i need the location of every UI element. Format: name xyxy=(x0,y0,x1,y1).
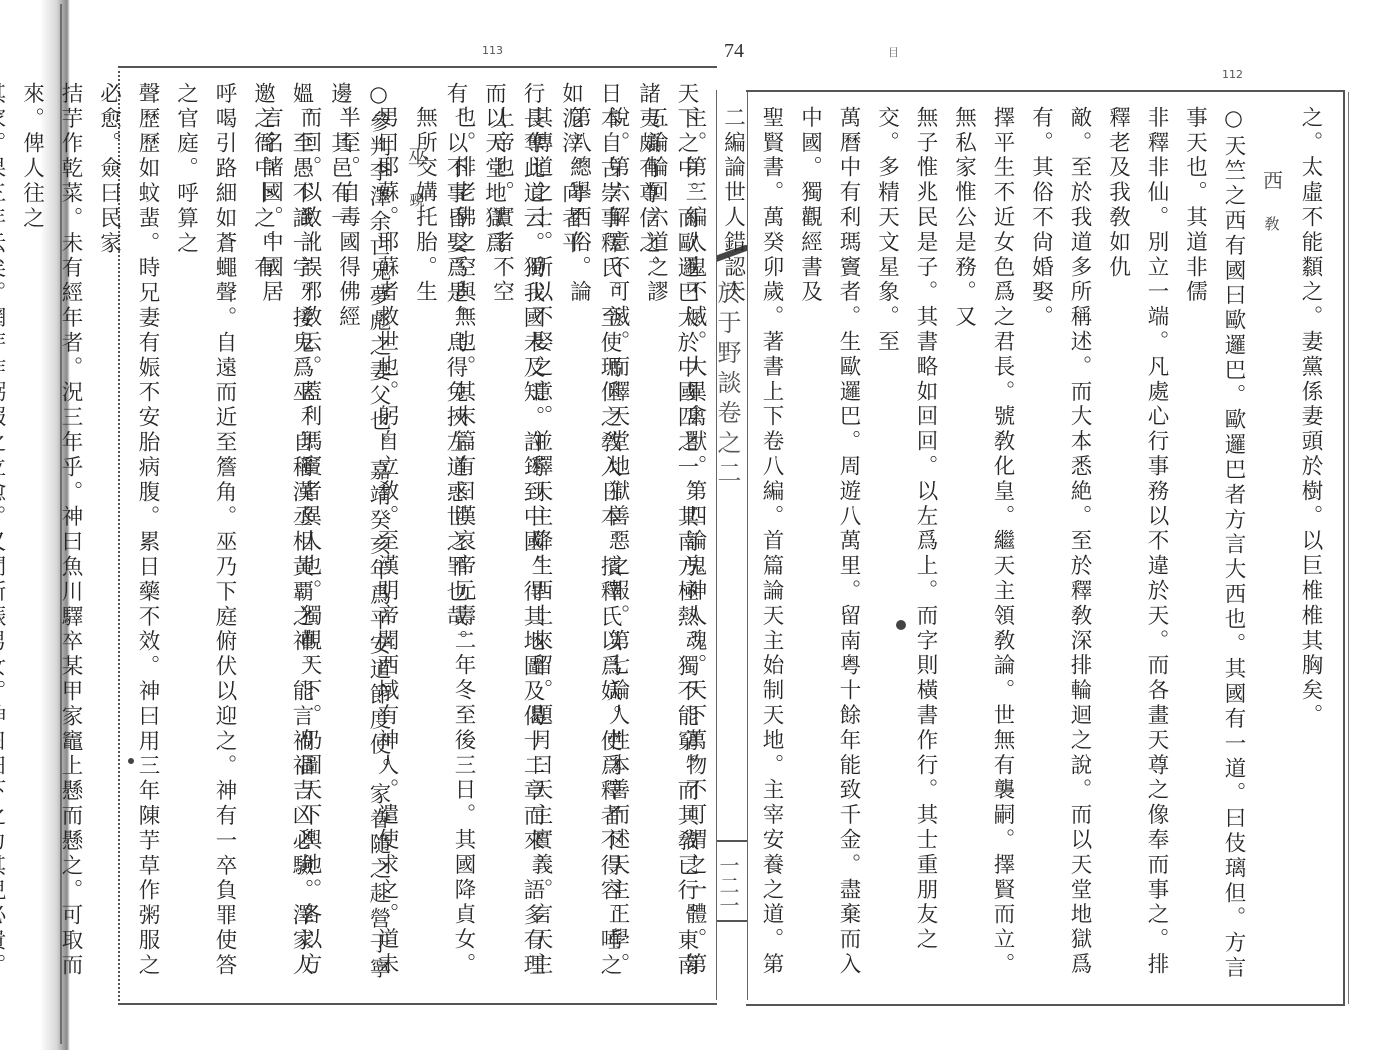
text-column: 聲歷歷如蚊蜚。時兄妻有娠不安胎病腹。累日藥不效。神曰用三年陳芋草作粥服之必愈。僉… xyxy=(89,82,166,993)
text-column: 擇平生不近女色爲之君長。號敎化皇。繼天主領敎論。世無有襲嗣。擇賢而立。無私家惟公… xyxy=(944,106,1021,994)
running-head: 目 xyxy=(888,44,899,60)
text-column: 其家。果三年云矣。網芋作粥服之立愈。又問所娠男女。神曰田下之力其兒必貴。明年甲子… xyxy=(0,82,12,993)
text-column: 無子惟兆民是子。其書略如回回。以左爲上。而字則橫書作行。其士重朋友之交。多精天文… xyxy=(867,106,944,994)
section-heading-sub: 敎 xyxy=(1263,216,1281,257)
left-page-number: 113 xyxy=(482,44,503,57)
text-column: 而回。以致訛誤邪敎云。蓋利瑪竇者異人也。獨觀天下。仍圖天下輿地。各以方言名諸國。… xyxy=(251,106,328,994)
text-column: 之。太虛不能纇之。妻黨係妻頭於樹。以巨椎椎其胸矣。 xyxy=(1291,106,1330,994)
text-column: 聖賢書。萬癸卯歲。著書上下卷八編。首篇論天主始制天地。主宰安養之道。第二編論世人… xyxy=(713,106,790,994)
text-column: 男曰耶蘇。耶蘇者救世也。躬自立敎。至漢明帝聞西域有神人。遣使求之。道未半至。自毒… xyxy=(328,106,405,994)
ink-spot xyxy=(896,620,906,630)
text-column: 非釋非仙。別立一端。凡處心行事務以不違於天。而各畫天尊之像奉而事之。排釋老及我敎… xyxy=(1098,106,1175,994)
ink-spot xyxy=(128,758,134,764)
right-page-number: 112 xyxy=(1222,68,1243,81)
text-column: 主。第三編人鬼不滅。大異禽獸。第四論鬼神人魂。天下萬物不可謂之一體。第五論輪回六… xyxy=(636,106,713,994)
text-column: 拮芋作乾菜。未有經年者。況三年乎。神曰魚川驛卒某甲家竈上懸而懸之。可取而來。俾人… xyxy=(12,82,89,993)
text-column: 呼喝引路細如蒼蠅聲。自遠而近至簷角。巫乃下庭俯伏以迎之。神有一卒負罪使答之官庭。… xyxy=(166,82,243,993)
text-column: ○天竺之西有國曰歐邏巴。歐邏巴者方言大西也。其國有一道。曰伎璃但。方言事天也。其… xyxy=(1175,106,1252,994)
text-column: 說。第六解意不可滅。而釋天堂地獄善惡之報。第七論人性本善而述天主正學。第八總擧西… xyxy=(559,106,636,994)
right-page: 之。太虛不能纇之。妻黨係妻頭於樹。以巨椎椎其胸矣。 西敎 ○天竺之西有國曰歐邏巴… xyxy=(746,90,1345,1006)
text-column: 萬曆中有利瑪竇者。生歐邏巴。周遊八萬里。留南粤十餘年能致千金。盡棄而入中國。獨觀… xyxy=(790,106,867,994)
text-column: 敵。至於我道多所稱述。而大本悉絶。至於釋敎深排輪迴之說。而以天堂地獄爲有。其俗不… xyxy=(1021,106,1098,994)
section-heading-xijiao: 西敎 xyxy=(1252,106,1291,994)
text-column: 其傳道之士。所以不娶之意。並釋天主降生西土來留。題月曰天主實義。言天主上帝也。實… xyxy=(482,106,559,994)
right-page-text: 之。太虛不能纇之。妻黨係妻頭於樹。以巨椎椎其胸矣。 西敎 ○天竺之西有國曰歐邏巴… xyxy=(754,106,1329,994)
folio-number: 74 xyxy=(724,40,744,63)
section-heading-main: 西 xyxy=(1260,170,1284,216)
text-column: 也。排老佛之空與無也。其末篇有曰漢哀帝元壽二年冬至後三日。其國降貞女。無所交媾托… xyxy=(405,106,482,994)
